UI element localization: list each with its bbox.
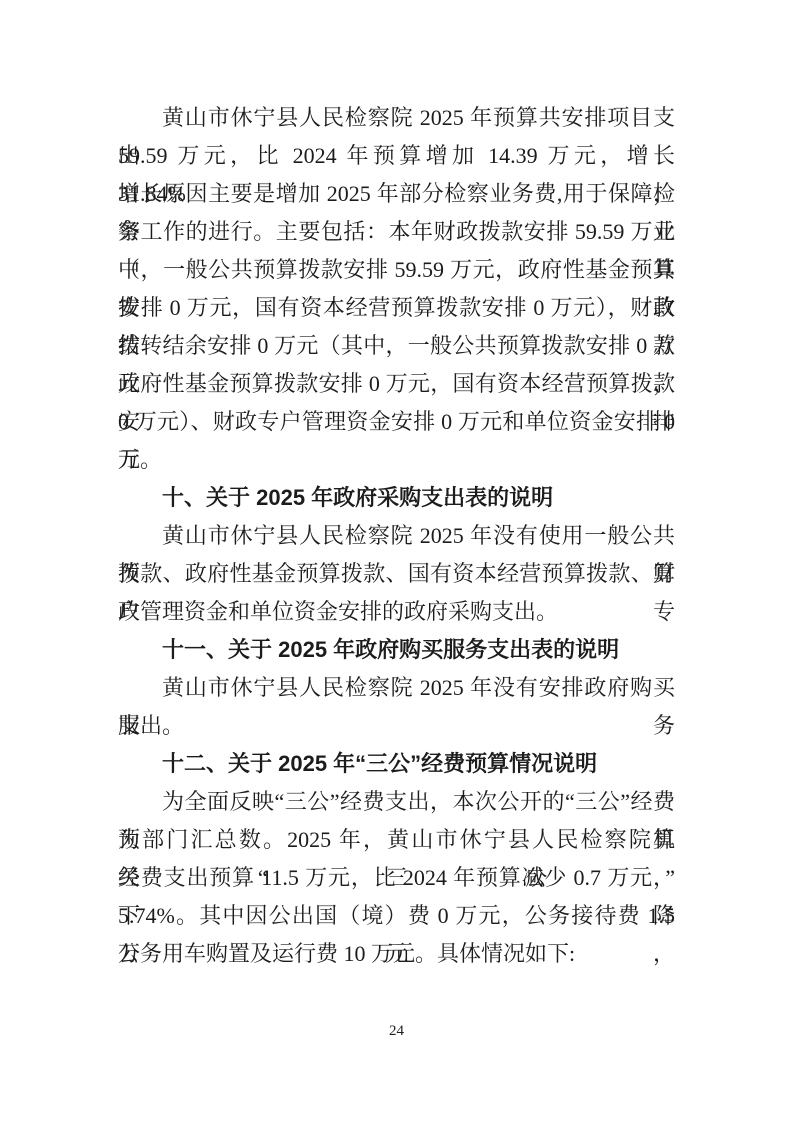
paragraph-line: 结转结余安排 0 万元（其中，一般公共预算拨款安排 0 万元， [118,327,675,365]
page-number: 24 [0,1021,793,1041]
paragraph-line: 拨款、政府性基金预算拨款、国有资本经营预算拨款、财政专 [118,555,675,593]
paragraph-line: 为全面反映“三公”经费支出，本次公开的“三公”经费预算 [118,783,675,821]
document-page: 黄山市休宁县人民检察院 2025 年预算共安排项目支出59.59 万元，比 20… [0,0,793,1122]
section-heading: 十、关于 2025 年政府采购支出表的说明 [118,479,675,517]
paragraph-line: 黄山市休宁县人民检察院 2025 年没有安排政府购买服务 [118,669,675,707]
paragraph-line: 经费支出预算 11.5 万元，比 2024 年预算减少 0.7 万元，下降 [118,859,675,897]
section-heading: 十一、关于 2025 年政府购买服务支出表的说明 [118,631,675,669]
paragraph-line: 务工作的进行。主要包括：本年财政拨款安排 59.59 万元（其 [118,213,675,251]
paragraph-line: 5.74%。其中因公出国（境）费 0 万元，公务接待费 1.5 万元， [118,897,675,935]
paragraph-line: 黄山市休宁县人民检察院 2025 年预算共安排项目支出 [118,99,675,137]
paragraph-line: 黄山市休宁县人民检察院 2025 年没有使用一般公共预算 [118,517,675,555]
paragraph-line: 59.59 万元，比 2024 年预算增加 14.39 万元，增长 31.84%… [118,137,675,175]
section-heading: 十二、关于 2025 年“三公”经费预算情况说明 [118,745,675,783]
paragraph-line: 为部门汇总数。2025 年，黄山市休宁县人民检察院机关“三公” [118,821,675,859]
paragraph-line: 中，一般公共预算拨款安排 59.59 万元，政府性基金预算拨款 [118,251,675,289]
paragraph-line: 元。 [118,441,675,479]
paragraph-line: 增长原因主要是增加 2025 年部分检察业务费,用于保障检察业 [118,175,675,213]
paragraph-line: 政府性基金预算拨款安排 0 万元，国有资本经营预算拨款安排 [118,365,675,403]
paragraph-line: 安排 0 万元，国有资本经营预算拨款安排 0 万元），财政拨款 [118,289,675,327]
document-content: 黄山市休宁县人民检察院 2025 年预算共安排项目支出59.59 万元，比 20… [118,99,675,973]
paragraph-line: 0 万元）、财政专户管理资金安排 0 万元和单位资金安排 0 万 [118,403,675,441]
